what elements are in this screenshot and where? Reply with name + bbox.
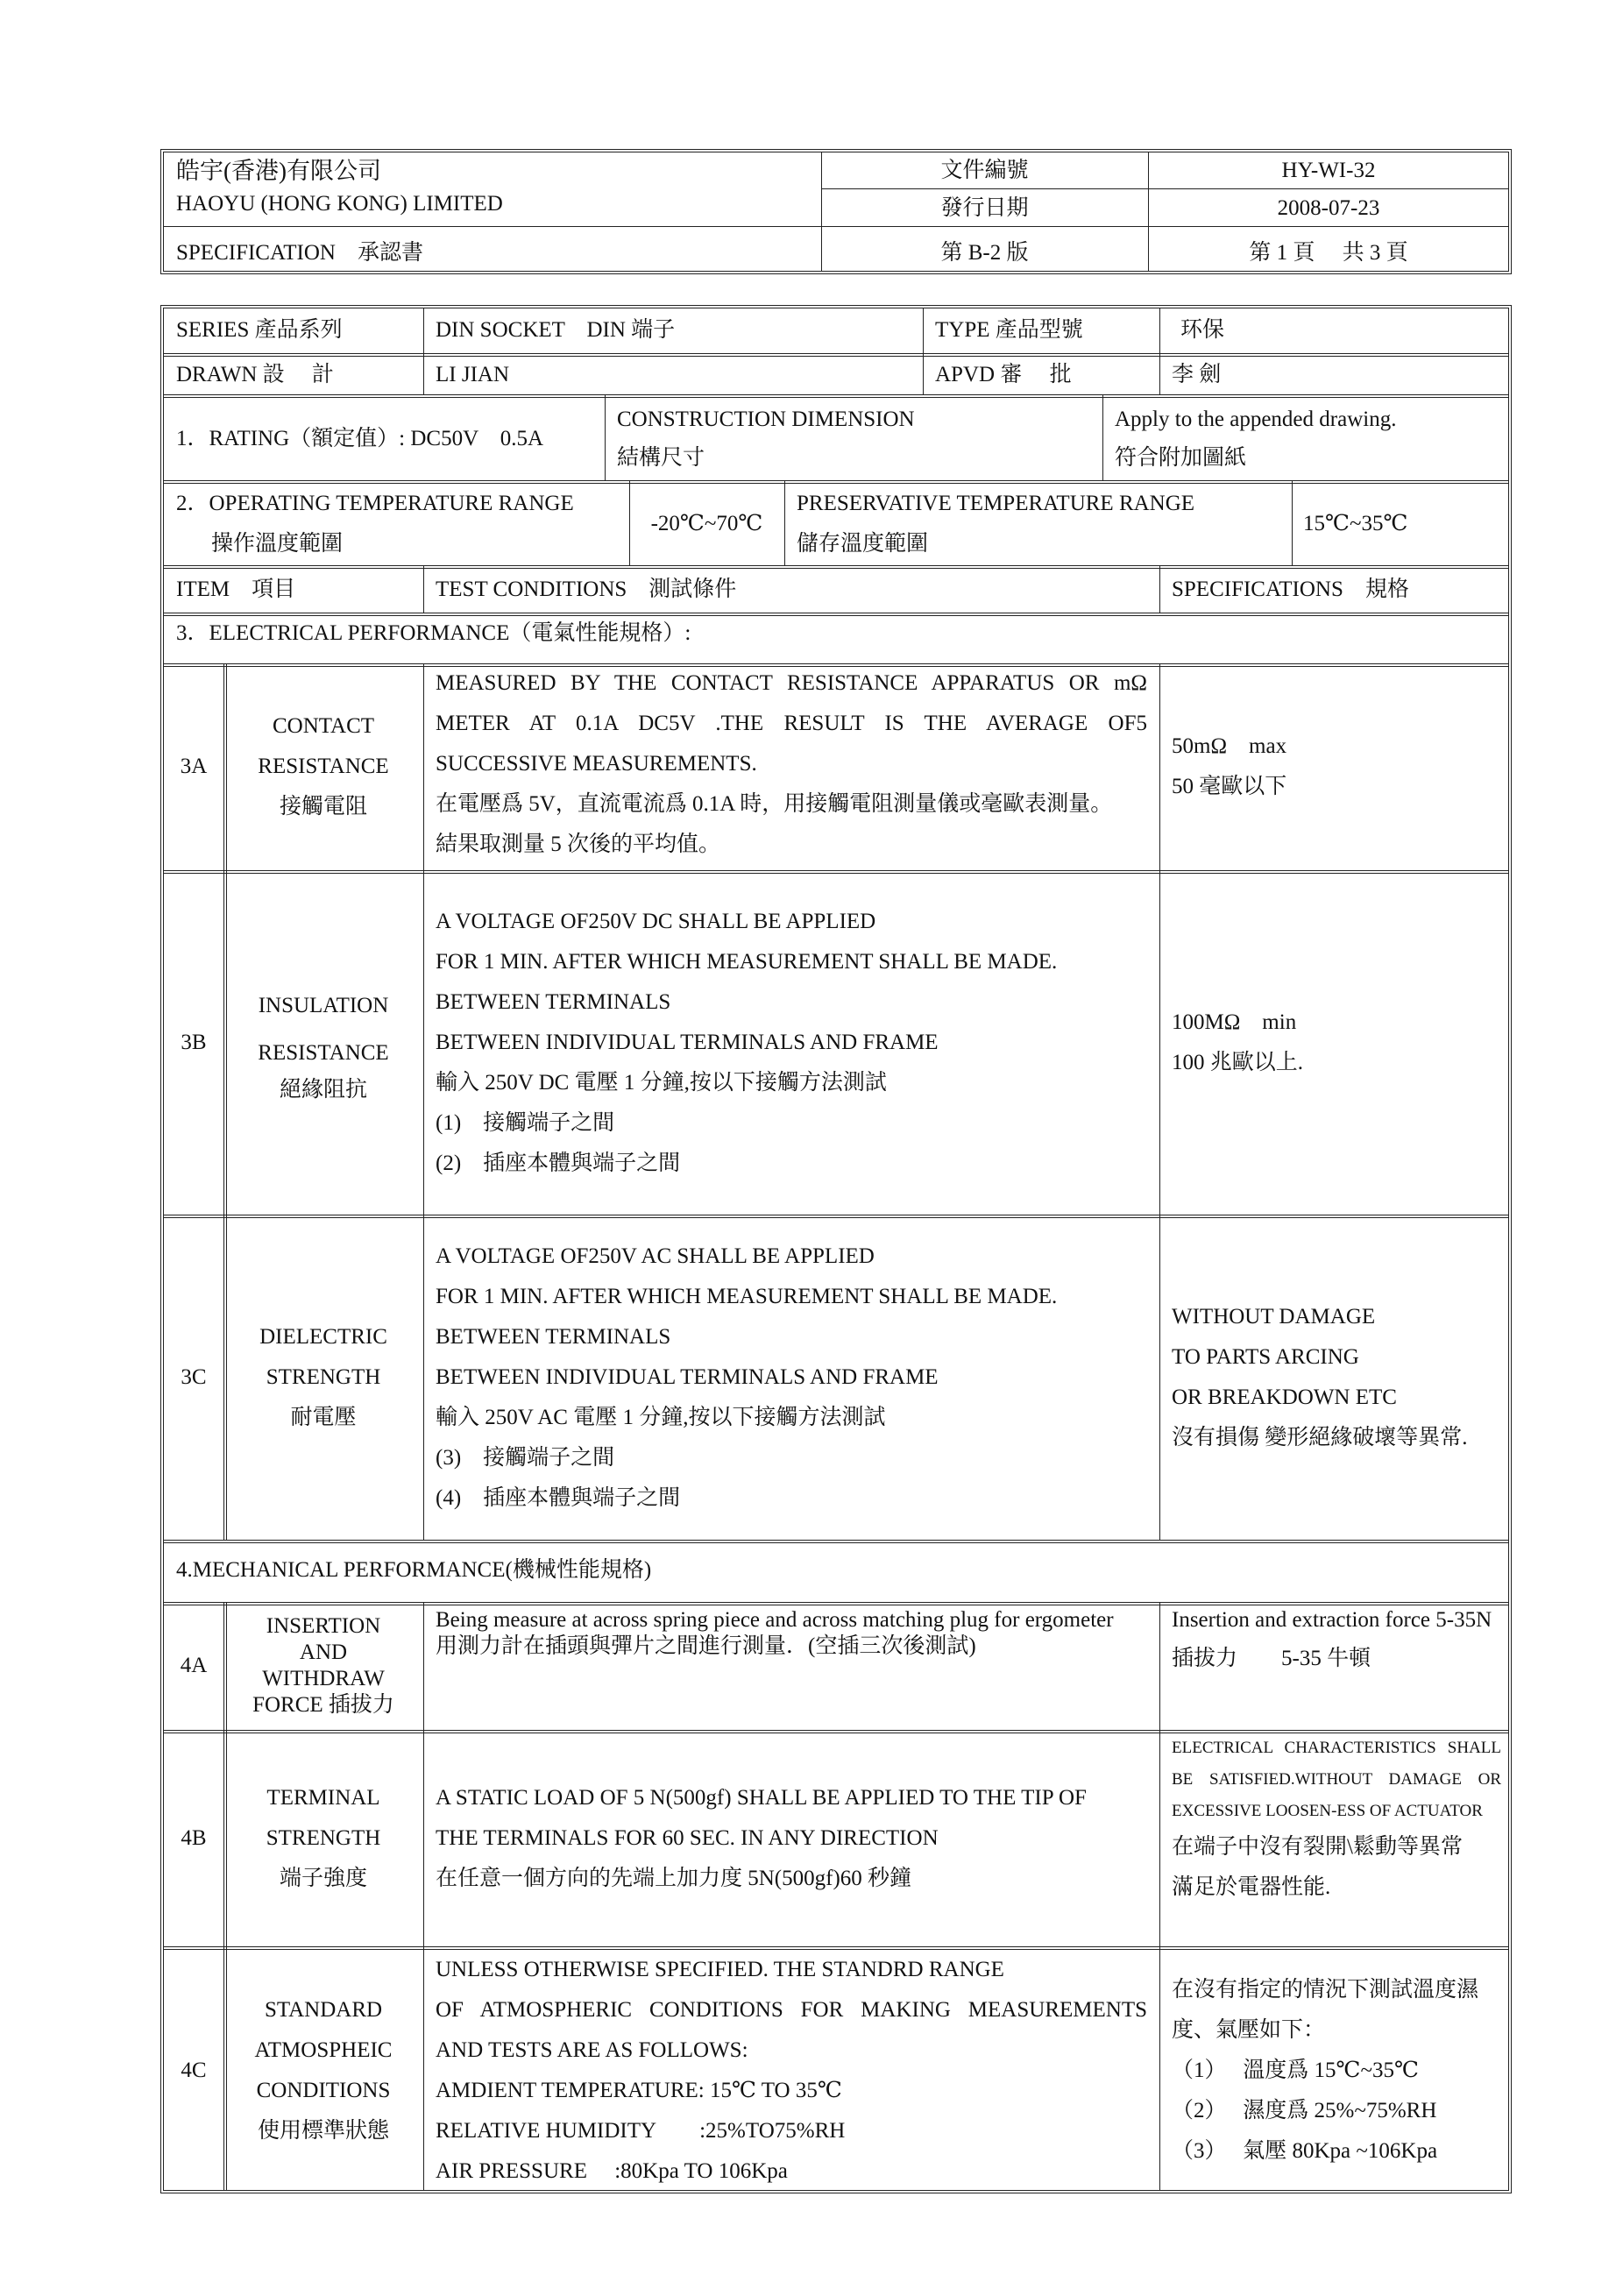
item-name-line: INSULATION — [223, 982, 423, 1030]
company-name-en: HAOYU (HONG KONG) LIMITED — [176, 191, 503, 217]
test-text-en: Being measure at across spring piece and… — [436, 1607, 1147, 1633]
item-name-line: 接觸電阻 — [223, 787, 423, 827]
spec-line: 沒有損傷 變形絕緣破壞等異常. — [1172, 1418, 1505, 1458]
item-name-line: CONDITIONS — [223, 2071, 423, 2111]
test-line: (3) 接觸端子之間 — [436, 1438, 1147, 1478]
item-name-line: DIELECTRIC — [223, 1317, 423, 1357]
operating-temp-label-en: 2．OPERATING TEMPERATURE RANGE — [176, 491, 574, 517]
item-name-line: CONTACT — [223, 706, 423, 747]
test-line: (1) 接觸端子之間 — [436, 1103, 1147, 1144]
item-name-line: TERMINAL — [223, 1778, 423, 1818]
test-text-cn: 用測力計在插頭與彈片之間進行測量．(空插三次後測試) — [436, 1633, 1147, 1660]
test-line: THE TERMINALS FOR 60 SEC. IN ANY DIRECTI… — [436, 1818, 1147, 1859]
item-name-line: STANDARD — [223, 1990, 423, 2030]
spec-text-en: Insertion and extraction force 5-35N — [1172, 1607, 1501, 1633]
specification-3b: 100MΩ min 100 兆歐以上. — [1172, 870, 1505, 1215]
item-name-line: RESISTANCE — [223, 1030, 423, 1077]
test-line: 結果取測量 5 次後的平均值。 — [436, 825, 1147, 865]
spec-line: WITHOUT DAMAGE — [1172, 1297, 1505, 1337]
test-line: BETWEEN TERMINALS — [436, 1317, 1147, 1357]
specification-4b: ELECTRICAL CHARACTERISTICS SHALL BE SATI… — [1172, 1733, 1501, 1908]
item-name-line: 絕緣阻抗 — [223, 1077, 423, 1103]
page-number: 第 1 頁 共 3 頁 — [1148, 240, 1509, 266]
spec-line: （2） 濕度爲 25%~75%RH — [1172, 2091, 1505, 2131]
test-line: 在任意一個方向的先端上加力度 5N(500gf)60 秒鐘 — [436, 1859, 1147, 1899]
specification-4c: 在沒有指定的情況下測試溫度濕 度、氣壓如下： （1） 溫度爲 15℃~35℃ （… — [1172, 1946, 1505, 2195]
test-conditions-4b: A STATIC LOAD OF 5 N(500gf) SHALL BE APP… — [436, 1730, 1147, 1946]
spec-text-cn: 插拔力 5-35 牛頓 — [1172, 1646, 1501, 1672]
test-line: 在電壓爲 5V，直流電流爲 0.1A 時，用接觸電阻測量儀或毫歐表測量。 — [436, 784, 1147, 825]
spec-table: SERIES 產品系列 DIN SOCKET DIN 端子 TYPE 產品型號 … — [160, 305, 1512, 2193]
spec-text-cn: 滿足於電器性能. — [1172, 1867, 1501, 1908]
section-electrical-title: 3．ELECTRICAL PERFORMANCE（電氣性能規格）: — [176, 620, 691, 647]
spec-line: （3） 氣壓 80Kpa ~106Kpa — [1172, 2131, 1505, 2172]
spec-text-en: ELECTRICAL CHARACTERISTICS SHALL BE SATI… — [1172, 1733, 1501, 1827]
item-id-3c: 3C — [164, 1215, 223, 1540]
spec-line: 100 兆歐以上. — [1172, 1043, 1505, 1083]
item-name-3a: CONTACT RESISTANCE 接觸電阻 — [223, 663, 423, 870]
item-id: 3C — [164, 1364, 223, 1391]
spec-line: 50 毫歐以下 — [1172, 767, 1505, 807]
spec-line: 50mΩ max — [1172, 726, 1505, 767]
test-line: AND TESTS ARE AS FOLLOWS: — [436, 2030, 1147, 2071]
item-id-4b: 4B — [164, 1730, 223, 1946]
apvd-value: 李 劍 — [1172, 362, 1221, 388]
rating: 1．RATING（額定值）: DC50V 0.5A — [176, 426, 543, 452]
item-name-line: INSERTION — [223, 1613, 423, 1640]
header-table: 皓宇(香港)有限公司 HAOYU (HONG KONG) LIMITED SPE… — [160, 149, 1512, 274]
item-name-3b: INSULATION RESISTANCE 絕緣阻抗 — [223, 870, 423, 1215]
column-header-specifications: SPECIFICATIONS 規格 — [1172, 577, 1409, 603]
series-value: DIN SOCKET DIN 端子 — [436, 317, 675, 344]
column-header-item: ITEM 項目 — [176, 577, 295, 603]
item-name-line: 使用標準狀態 — [223, 2111, 423, 2151]
item-name-line: FORCE 插拔力 — [223, 1692, 423, 1718]
item-name-line: RESISTANCE — [223, 747, 423, 787]
version: 第 B-2 版 — [821, 240, 1148, 266]
item-name-4b: TERMINAL STRENGTH 端子強度 — [223, 1730, 423, 1946]
specification-4a: Insertion and extraction force 5-35N 插拔力… — [1172, 1607, 1501, 1672]
drawn-label: DRAWN 設 計 — [176, 362, 334, 388]
test-line: A VOLTAGE OF250V DC SHALL BE APPLIED — [436, 902, 1147, 942]
item-id-3a: 3A — [164, 663, 223, 870]
item-name-line: 耐電壓 — [223, 1398, 423, 1438]
test-conditions-4a: Being measure at across spring piece and… — [436, 1607, 1147, 1660]
item-id: 4B — [164, 1825, 223, 1852]
operating-temp-label-cn: 操作溫度範圍 — [211, 531, 343, 557]
column-header-test-conditions: TEST CONDITIONS 測試條件 — [436, 577, 736, 603]
test-conditions-4c: UNLESS OTHERWISE SPECIFIED. THE STANDRD … — [436, 1946, 1147, 2195]
test-line: (2) 插座本體與端子之間 — [436, 1144, 1147, 1184]
construction-dimension-cn: 結構尺寸 — [617, 445, 705, 471]
document-type: SPECIFICATION 承認書 — [176, 240, 423, 266]
test-line: BETWEEN TERMINALS — [436, 982, 1147, 1023]
specification-3c: WITHOUT DAMAGE TO PARTS ARCING OR BREAKD… — [1172, 1215, 1505, 1540]
apvd-label: APVD 審 批 — [935, 362, 1072, 388]
section-mechanical-title: 4.MECHANICAL PERFORMANCE(機械性能規格) — [176, 1557, 651, 1584]
spec-line: TO PARTS ARCING — [1172, 1337, 1505, 1378]
item-name-3c: DIELECTRIC STRENGTH 耐電壓 — [223, 1215, 423, 1540]
type-label: TYPE 產品型號 — [935, 317, 1083, 344]
test-line: 輸入 250V AC 電壓 1 分鐘,按以下接觸方法測試 — [436, 1398, 1147, 1438]
item-id: 4C — [164, 2058, 223, 2084]
doc-no-label: 文件編號 — [821, 158, 1148, 184]
test-line: SUCCESSIVE MEASUREMENTS. — [436, 744, 1147, 784]
spec-line: 度、氣壓如下： — [1172, 2010, 1505, 2051]
issue-date-value: 2008-07-23 — [1148, 195, 1509, 222]
operating-temp-value: -20℃~70℃ — [629, 511, 784, 537]
spec-line: （1） 溫度爲 15℃~35℃ — [1172, 2051, 1505, 2091]
specification-3a: 50mΩ max 50 毫歐以下 — [1172, 663, 1505, 870]
preservative-temp-value: 15℃~35℃ — [1303, 511, 1407, 537]
issue-date-label: 發行日期 — [821, 195, 1148, 222]
spec-line: OR BREAKDOWN ETC — [1172, 1378, 1505, 1418]
item-name-line: 端子強度 — [223, 1859, 423, 1899]
test-line: A VOLTAGE OF250V AC SHALL BE APPLIED — [436, 1237, 1147, 1277]
company-name-cn: 皓宇(香港)有限公司 — [176, 158, 381, 184]
spec-line: 在沒有指定的情況下測試溫度濕 — [1172, 1970, 1505, 2010]
item-id-4a: 4A — [164, 1602, 223, 1730]
test-conditions-3b: A VOLTAGE OF250V DC SHALL BE APPLIED FOR… — [436, 870, 1147, 1215]
item-id: 3A — [164, 754, 223, 780]
preservative-temp-label-cn: 儲存溫度範圍 — [797, 531, 928, 557]
construction-dimension-en: CONSTRUCTION DIMENSION — [617, 407, 915, 433]
type-value: 环保 — [1180, 317, 1224, 344]
test-line: 輸入 250V DC 電壓 1 分鐘,按以下接觸方法測試 — [436, 1063, 1147, 1103]
test-line: AIR PRESSURE :80Kpa TO 106Kpa — [436, 2151, 1147, 2192]
test-line: OF ATMOSPHERIC CONDITIONS FOR MAKING MEA… — [436, 1990, 1147, 2030]
test-line: METER AT 0.1A DC5V .THE RESULT IS THE AV… — [436, 704, 1147, 744]
item-id-4c: 4C — [164, 1946, 223, 2195]
item-name-line: WITHDRAW — [223, 1666, 423, 1692]
item-name-line: STRENGTH — [223, 1357, 423, 1398]
test-line: AMDIENT TEMPERATURE: 15℃ TO 35℃ — [436, 2071, 1147, 2111]
test-line: MEASURED BY THE CONTACT RESISTANCE APPAR… — [436, 663, 1147, 704]
test-line: FOR 1 MIN. AFTER WHICH MEASUREMENT SHALL… — [436, 1277, 1147, 1317]
item-name-4c: STANDARD ATMOSPHEIC CONDITIONS 使用標準狀態 — [223, 1946, 423, 2195]
test-line: BETWEEN INDIVIDUAL TERMINALS AND FRAME — [436, 1357, 1147, 1398]
test-line: BETWEEN INDIVIDUAL TERMINALS AND FRAME — [436, 1023, 1147, 1063]
drawn-value: LI JIAN — [436, 362, 509, 388]
spec-line: 100MΩ min — [1172, 1003, 1505, 1043]
test-conditions-3c: A VOLTAGE OF250V AC SHALL BE APPLIED FOR… — [436, 1215, 1147, 1540]
test-conditions-3a: MEASURED BY THE CONTACT RESISTANCE APPAR… — [436, 663, 1147, 865]
item-id: 3B — [164, 1030, 223, 1056]
item-name-line: STRENGTH — [223, 1818, 423, 1859]
item-id: 4A — [164, 1653, 223, 1679]
item-name-line: ATMOSPHEIC — [223, 2030, 423, 2071]
item-name-4a: INSERTION AND WITHDRAW FORCE 插拔力 — [223, 1602, 423, 1730]
test-line: (4) 插座本體與端子之間 — [436, 1478, 1147, 1519]
test-line: RELATIVE HUMIDITY :25%TO75%RH — [436, 2111, 1147, 2151]
test-line: FOR 1 MIN. AFTER WHICH MEASUREMENT SHALL… — [436, 942, 1147, 982]
test-line: A STATIC LOAD OF 5 N(500gf) SHALL BE APP… — [436, 1778, 1147, 1818]
construction-note-en: Apply to the appended drawing. — [1115, 407, 1396, 433]
item-name-line: AND — [223, 1640, 423, 1666]
spec-text-cn: 在端子中沒有裂開\鬆動等異常 — [1172, 1827, 1501, 1867]
doc-no-value: HY-WI-32 — [1148, 158, 1509, 184]
item-id-3b: 3B — [164, 870, 223, 1215]
series-label: SERIES 產品系列 — [176, 317, 343, 344]
construction-note-cn: 符合附加圖紙 — [1115, 445, 1246, 471]
preservative-temp-label-en: PRESERVATIVE TEMPERATURE RANGE — [797, 491, 1194, 517]
test-line: UNLESS OTHERWISE SPECIFIED. THE STANDRD … — [436, 1950, 1147, 1990]
